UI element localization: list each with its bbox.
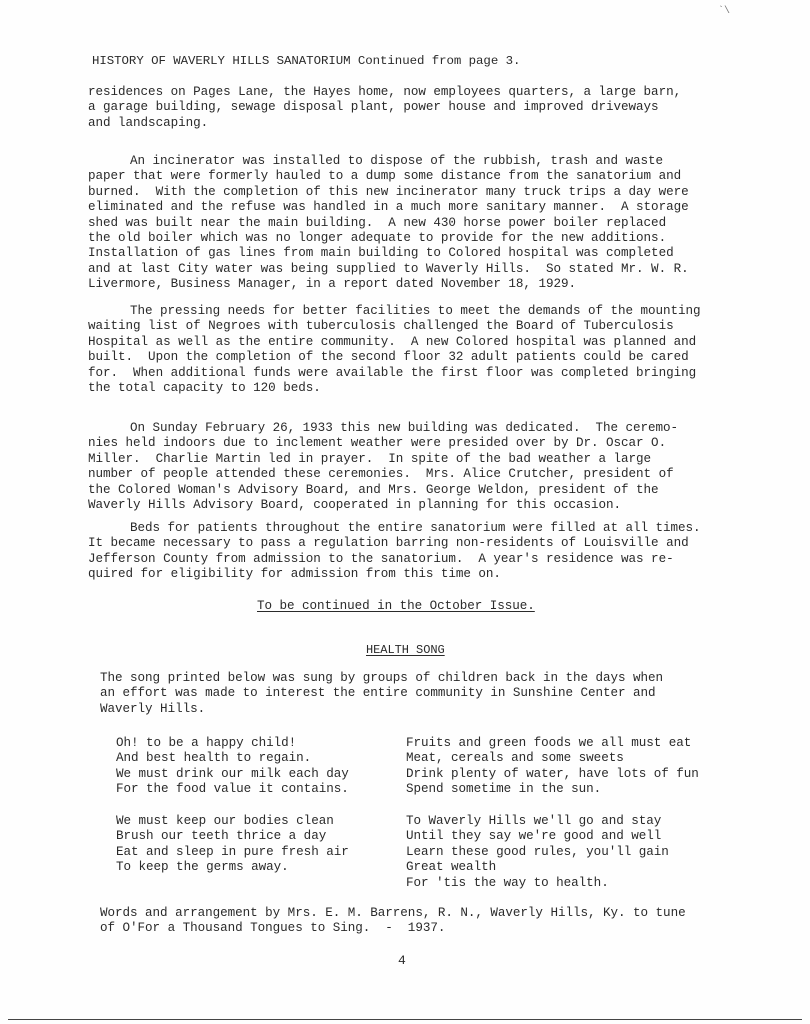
page-bottom-edge (8, 1019, 802, 1020)
credit-line: of O'For a Thousand Tongues to Sing. - 1… (100, 921, 445, 936)
paragraph-line: Waverly Hills Advisory Board, cooperated… (88, 498, 621, 513)
paragraph-line: the total capacity to 120 beds. (88, 381, 321, 396)
song-line: Drink plenty of water, have lots of fun (406, 767, 699, 782)
paragraph-line: shed was built near the main building. A… (88, 216, 666, 231)
song-line: Learn these good rules, you'll gain (406, 845, 669, 860)
paragraph-line: Jefferson County from admission to the s… (88, 552, 674, 567)
song-line: Spend sometime in the sun. (406, 782, 601, 797)
page-number: 4 (398, 953, 406, 968)
song-line: Eat and sleep in pure fresh air (116, 845, 349, 860)
paragraph-line: a garage building, sewage disposal plant… (88, 100, 659, 115)
song-line: We must keep our bodies clean (116, 814, 334, 829)
paragraph-line: The pressing needs for better facilities… (130, 304, 701, 319)
paragraph-line: It became necessary to pass a regulation… (88, 536, 689, 551)
paragraph-line: residences on Pages Lane, the Hayes home… (88, 85, 681, 100)
song-line: We must drink our milk each day (116, 767, 349, 782)
paragraph-line: quired for eligibility for admission fro… (88, 567, 501, 582)
song-line: Brush our teeth thrice a day (116, 829, 326, 844)
paragraph-line: the Colored Woman's Advisory Board, and … (88, 483, 659, 498)
paragraph-line: An incinerator was installed to dispose … (130, 154, 663, 169)
song-line: Fruits and green foods we all must eat (406, 736, 691, 751)
song-line: For 'tis the way to health. (406, 876, 609, 891)
song-line: For the food value it contains. (116, 782, 349, 797)
song-line: And best health to regain. (116, 751, 311, 766)
song-line: Great wealth (406, 860, 496, 875)
paragraph-line: for. When additional funds were availabl… (88, 366, 696, 381)
song-intro-line: The song printed below was sung by group… (100, 671, 663, 686)
paragraph-line: and landscaping. (88, 116, 208, 131)
paragraph-line: Installation of gas lines from main buil… (88, 246, 674, 261)
paragraph-line: burned. With the completion of this new … (88, 185, 689, 200)
page-header: HISTORY OF WAVERLY HILLS SANATORIUM Cont… (92, 54, 520, 69)
paragraph-line: paper that were formerly hauled to a dum… (88, 169, 681, 184)
paragraph-line: Miller. Charlie Martin led in prayer. In… (88, 452, 651, 467)
paragraph-line: waiting list of Negroes with tuberculosi… (88, 319, 674, 334)
scan-mark: `\ (718, 6, 730, 17)
paragraph-line: eliminated and the refuse was handled in… (88, 200, 689, 215)
paragraph-line: the old boiler which was no longer adequ… (88, 231, 666, 246)
song-line: Oh! to be a happy child! (116, 736, 296, 751)
song-intro-line: an effort was made to interest the entir… (100, 686, 656, 701)
paragraph-line: On Sunday February 26, 1933 this new bui… (130, 421, 678, 436)
song-title: HEALTH SONG (366, 643, 445, 658)
paragraph-line: number of people attended these ceremoni… (88, 467, 674, 482)
credit-line: Words and arrangement by Mrs. E. M. Barr… (100, 906, 686, 921)
paragraph-line: and at last City water was being supplie… (88, 262, 689, 277)
paragraph-line: Hospital as well as the entire community… (88, 335, 696, 350)
paragraph-line: built. Upon the completion of the second… (88, 350, 689, 365)
continued-note: To be continued in the October Issue. (257, 599, 535, 614)
paragraph-line: Livermore, Business Manager, in a report… (88, 277, 576, 292)
paragraph-line: Beds for patients throughout the entire … (130, 521, 701, 536)
song-line: To keep the germs away. (116, 860, 289, 875)
song-line: Until they say we're good and well (406, 829, 661, 844)
song-line: To Waverly Hills we'll go and stay (406, 814, 661, 829)
song-line: Meat, cereals and some sweets (406, 751, 624, 766)
document-page: HISTORY OF WAVERLY HILLS SANATORIUM Cont… (0, 0, 810, 1024)
paragraph-line: nies held indoors due to inclement weath… (88, 436, 666, 451)
song-intro-line: Waverly Hills. (100, 702, 205, 717)
